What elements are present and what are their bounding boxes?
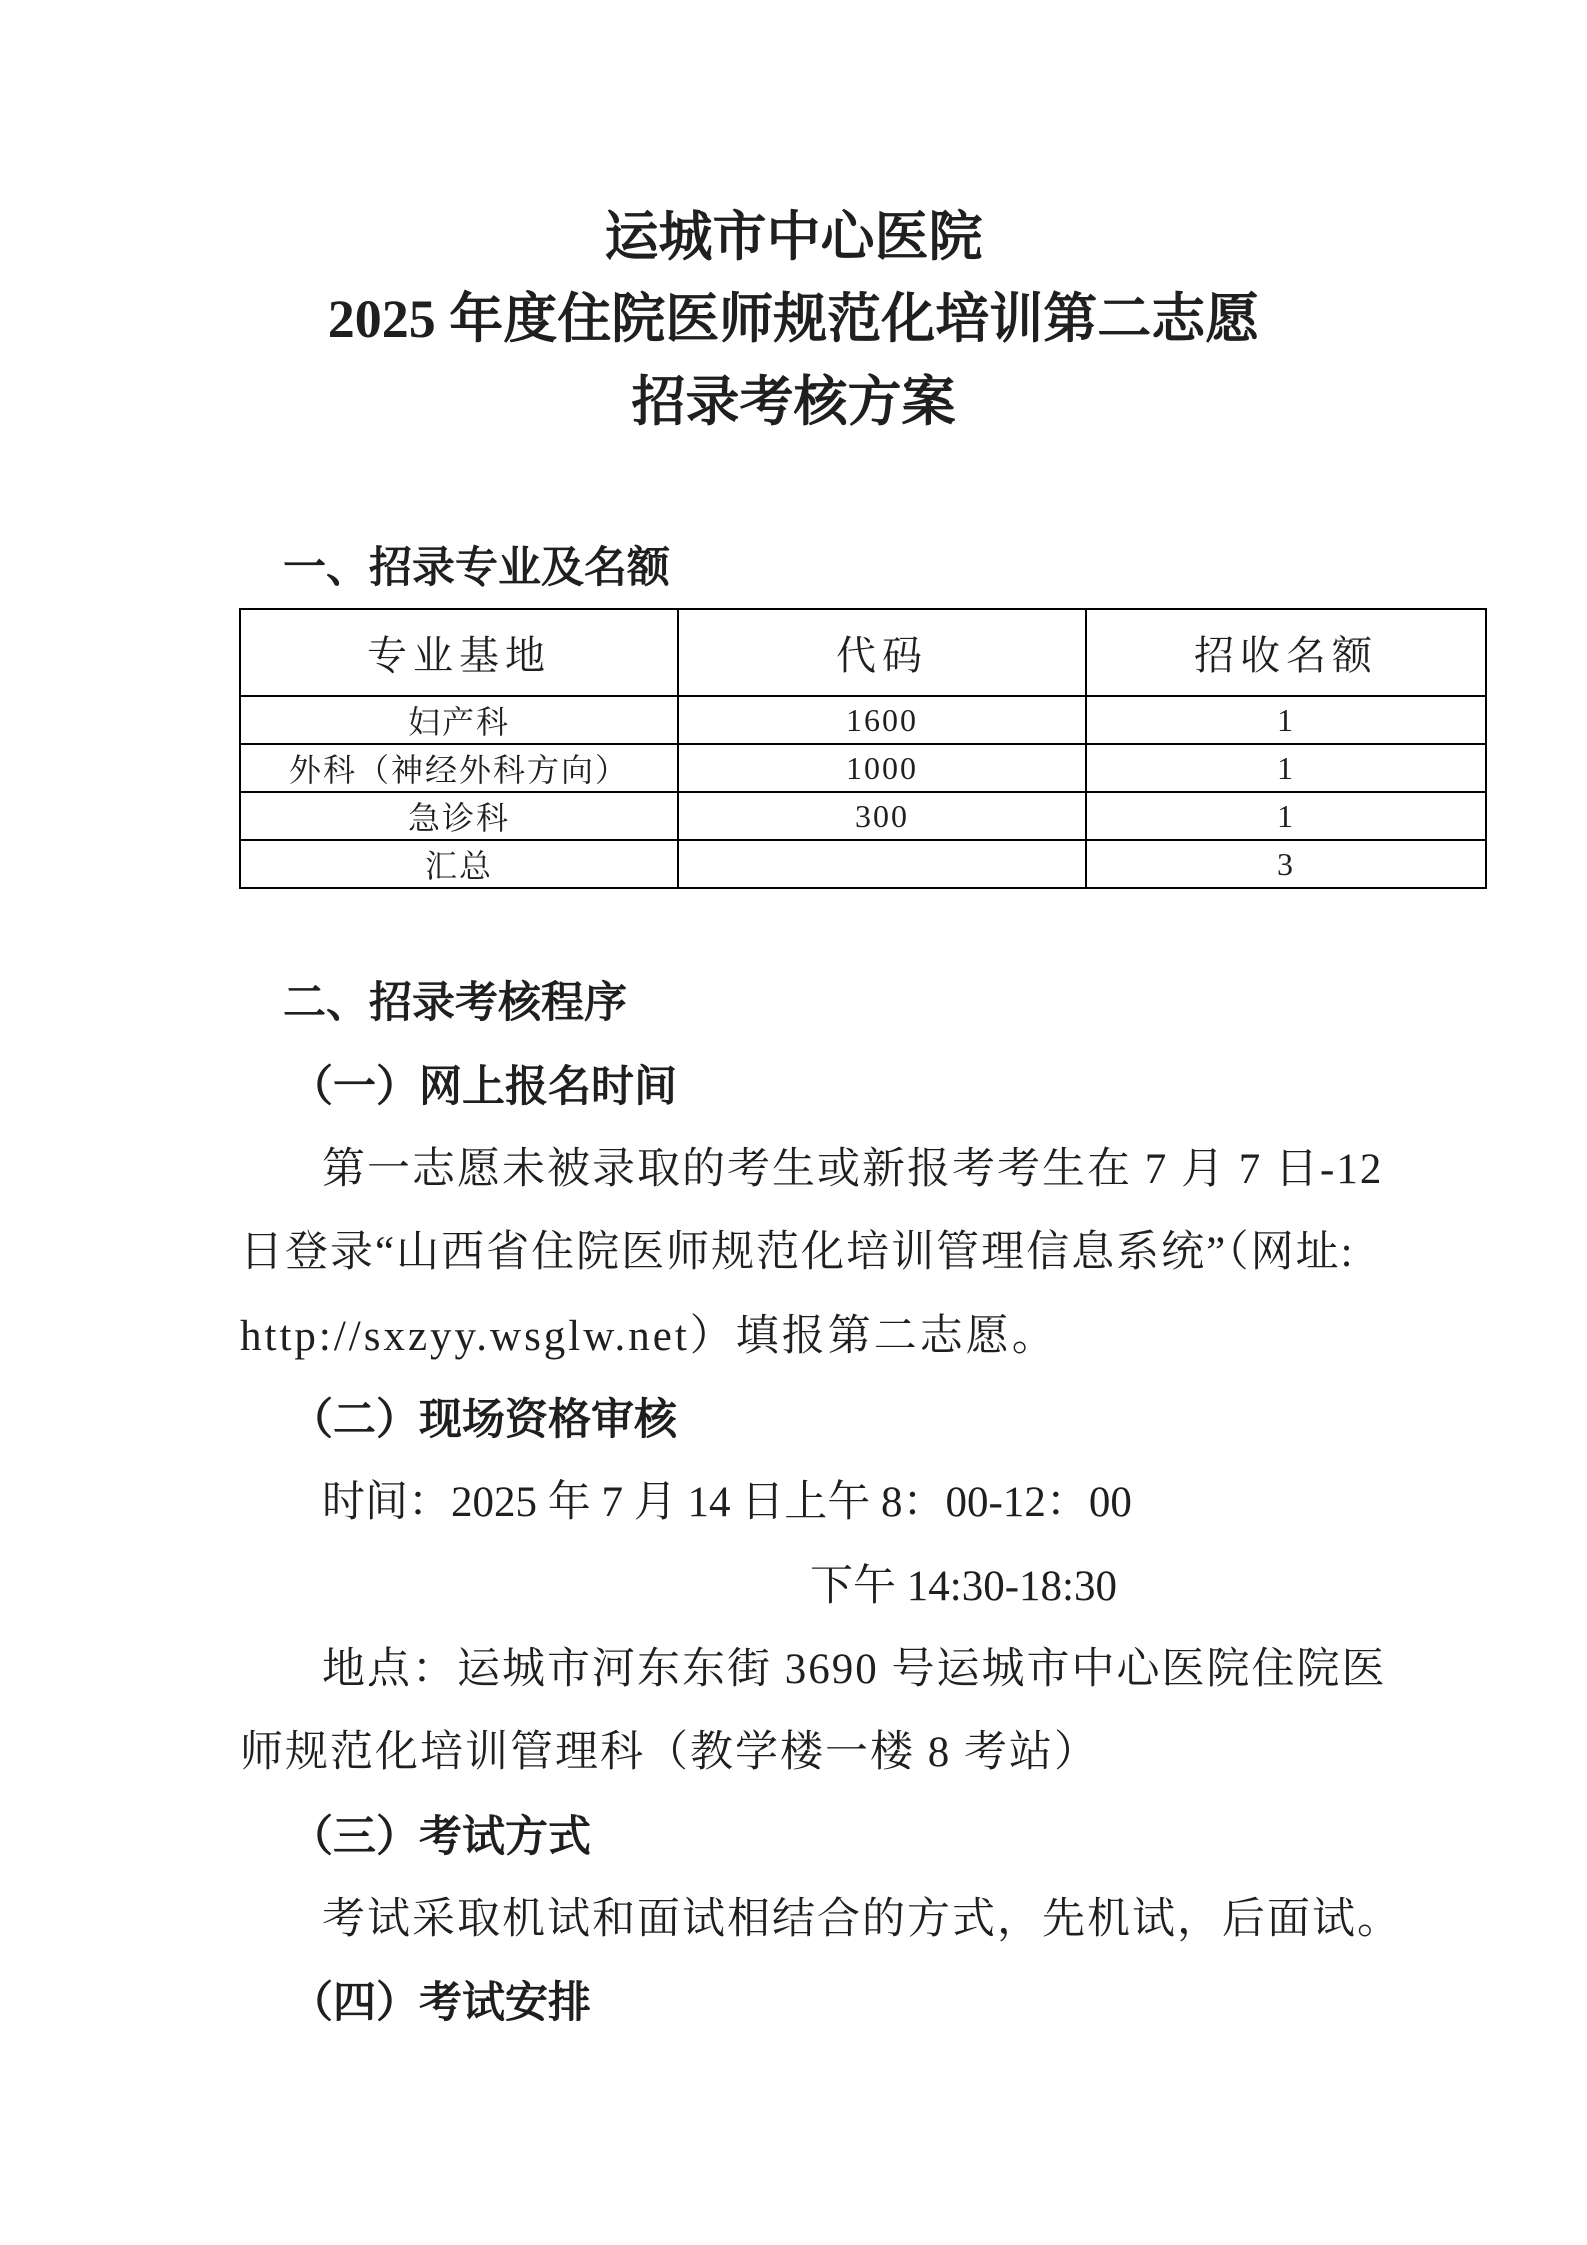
cell-quota: 1	[1086, 792, 1486, 840]
cell-code: 1000	[678, 744, 1086, 792]
cell-base: 急诊科	[240, 792, 678, 840]
registration-paragraph-line-3: http://sxzyy.wsglw.net）填报第二志愿。	[240, 1306, 1058, 1368]
document-title-line-1: 运城市中心医院	[0, 202, 1587, 272]
cell-base: 汇总	[240, 840, 678, 888]
cell-base: 外科（神经外科方向）	[240, 744, 678, 792]
section-1-heading: 一、招录专业及名额	[283, 537, 670, 599]
cell-code: 1600	[678, 696, 1086, 744]
column-header-specialty-base: 专业基地	[240, 609, 678, 696]
review-place-line-2: 师规范化培训管理科（教学楼一楼 8 考站）	[240, 1722, 1099, 1784]
document-title-line-2: 2025 年度住院医师规范化培训第二志愿	[0, 284, 1587, 354]
exam-method-line: 考试采取机试和面试相结合的方式，先机试，后面试。	[322, 1889, 1402, 1951]
subsection-2-heading: （二）现场资格审核	[290, 1389, 677, 1451]
registration-paragraph-line-1: 第一志愿未被录取的考生或新报考考生在 7 月 7 日-12	[322, 1139, 1383, 1201]
registration-paragraph-line-2: 日登录“山西省住院医师规范化培训管理信息系统”（网址:	[240, 1222, 1355, 1284]
quota-table-header-row: 专业基地 代码 招收名额	[240, 609, 1486, 696]
quota-table: 专业基地 代码 招收名额 妇产科 1600 1 外科（神经外科方向） 1000 …	[239, 608, 1487, 889]
column-header-quota: 招收名额	[1086, 609, 1486, 696]
table-row-emergency: 急诊科 300 1	[240, 792, 1486, 840]
document-page: 运城市中心医院 2025 年度住院医师规范化培训第二志愿 招录考核方案 一、招录…	[0, 0, 1587, 2245]
subsection-1-heading: （一）网上报名时间	[290, 1056, 677, 1118]
section-2-heading: 二、招录考核程序	[283, 972, 627, 1034]
subsection-3-heading: （三）考试方式	[290, 1806, 591, 1868]
subsection-4-heading: （四）考试安排	[290, 1972, 591, 2034]
cell-code	[678, 840, 1086, 888]
cell-base: 妇产科	[240, 696, 678, 744]
review-time-line-1: 时间：2025 年 7 月 14 日上午 8：00-12：00	[322, 1472, 1132, 1534]
table-row-surgery: 外科（神经外科方向） 1000 1	[240, 744, 1486, 792]
table-row-obstetrics: 妇产科 1600 1	[240, 696, 1486, 744]
cell-quota: 3	[1086, 840, 1486, 888]
table-row-total: 汇总 3	[240, 840, 1486, 888]
cell-quota: 1	[1086, 696, 1486, 744]
document-title-line-3: 招录考核方案	[0, 367, 1587, 437]
cell-code: 300	[678, 792, 1086, 840]
column-header-code: 代码	[678, 609, 1086, 696]
review-time-line-2: 下午 14:30-18:30	[810, 1556, 1117, 1618]
review-place-line-1: 地点：运城市河东东街 3690 号运城市中心医院住院医	[322, 1639, 1387, 1701]
cell-quota: 1	[1086, 744, 1486, 792]
